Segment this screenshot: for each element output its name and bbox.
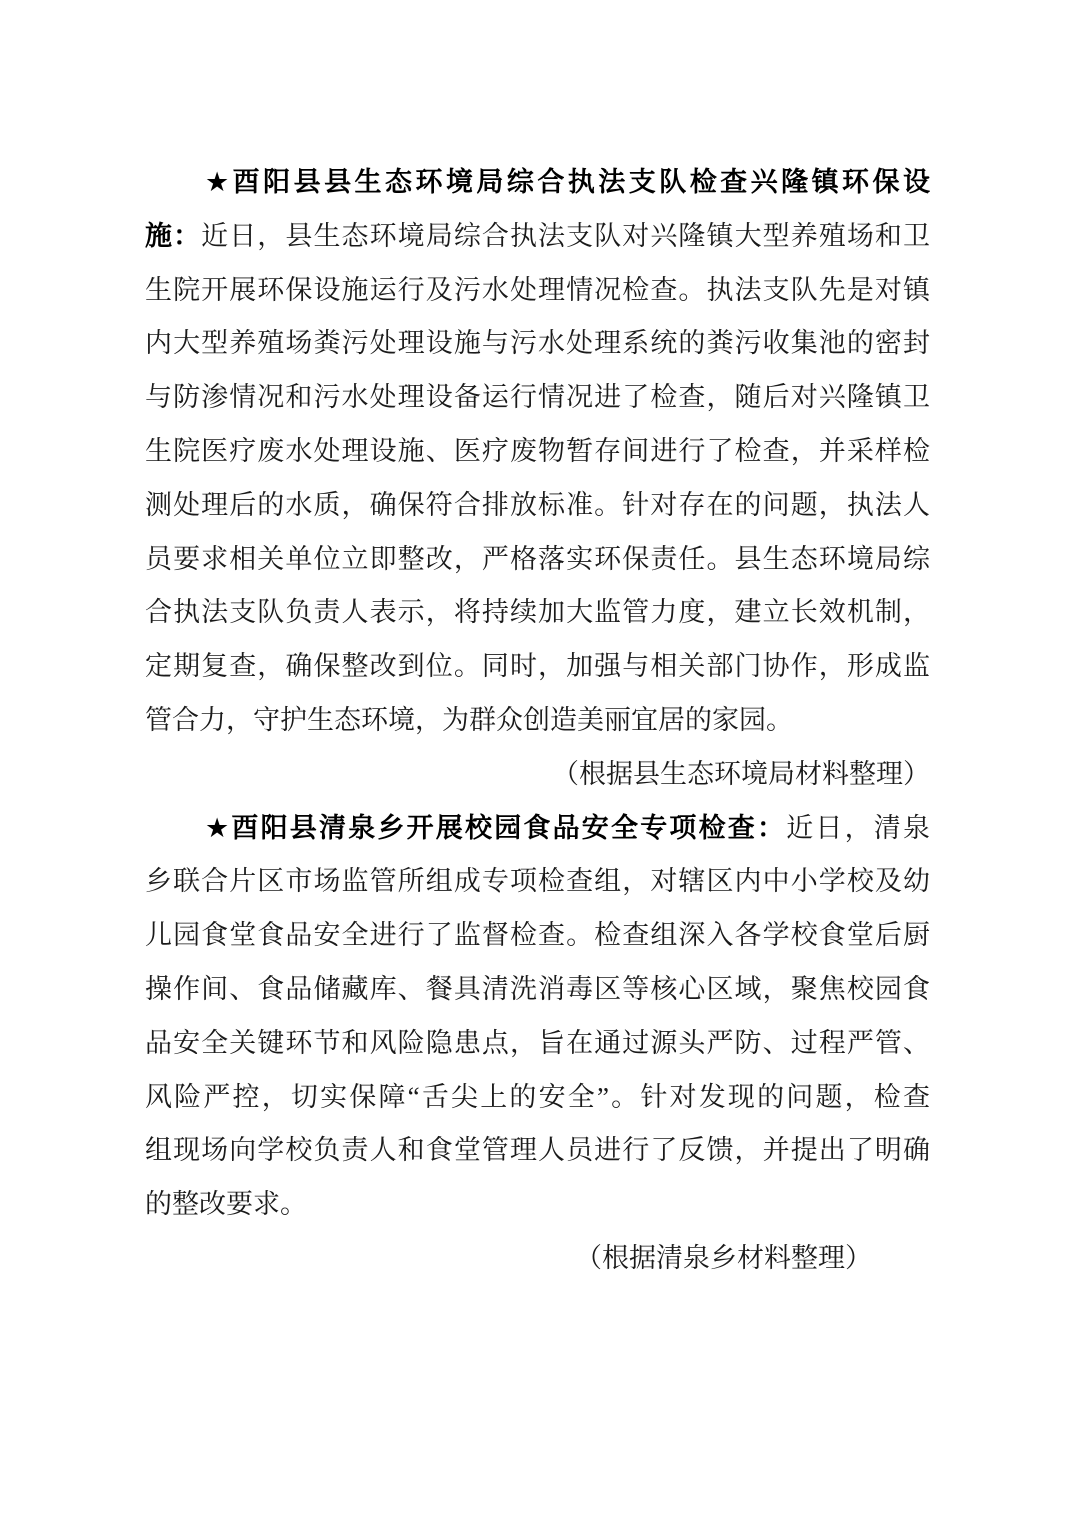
article1-headline-runover: 施：: [145, 221, 201, 251]
article2-last-line: 的整改要求。: [145, 1178, 930, 1232]
article1-body-line: 定期复查，确保整改到位。同时，加强与相关部门协作，形成监: [145, 640, 930, 694]
article1-body-line: 内大型养殖场粪污处理设施与污水处理系统的粪污收集池的密封: [145, 317, 930, 371]
article2-body-line: 儿园食堂食品安全进行了监督检查。检查组深入各学校食堂后厨: [145, 909, 930, 963]
article1-body-line: 合执法支队负责人表示，将持续加大监管力度，建立长效机制，: [145, 586, 930, 640]
document-page: ★酉阳县县生态环境局综合执法支队检查兴隆镇环保设 施：近日，县生态环境局综合执法…: [0, 0, 1075, 1520]
bulletin-text-block: ★酉阳县县生态环境局综合执法支队检查兴隆镇环保设 施：近日，县生态环境局综合执法…: [145, 156, 930, 1286]
article2-body-line: 操作间、食品储藏库、餐具清洗消毒区等核心区域，聚焦校园食: [145, 963, 930, 1017]
article2-body-line: 品安全关键环节和风险隐患点，旨在通过源头严防、过程严管、: [145, 1017, 930, 1071]
article1-lead-line: 施：近日，县生态环境局综合执法支队对兴隆镇大型养殖场和卫: [145, 210, 930, 264]
article1-body-line: 与防渗情况和污水处理设备运行情况进了检查，随后对兴隆镇卫: [145, 371, 930, 425]
article1-attribution: （根据县生态环境局材料整理）: [145, 748, 930, 802]
article1-body-line: 生院开展环保设施运行及污水处理情况检查。执法支队先是对镇: [145, 264, 930, 318]
article2-body-line: 组现场向学校负责人和食堂管理人员进行了反馈，并提出了明确: [145, 1124, 930, 1178]
article1-last-line: 管合力，守护生态环境，为群众创造美丽宜居的家园。: [145, 694, 930, 748]
article2-lead-text: 近日，清泉: [786, 813, 930, 843]
article1-headline-text: ★酉阳县县生态环境局综合执法支队检查兴隆镇环保设: [205, 167, 930, 197]
article2-headline: ★酉阳县清泉乡开展校园食品安全专项检查：近日，清泉: [145, 802, 930, 856]
article1-lead-text: 近日，县生态环境局综合执法支队对兴隆镇大型养殖场和卫: [201, 221, 930, 251]
article2-body-line: 乡联合片区市场监管所组成专项检查组，对辖区内中小学校及幼: [145, 855, 930, 909]
article2-attribution: （根据清泉乡材料整理）: [145, 1232, 930, 1286]
article2-headline-text: ★酉阳县清泉乡开展校园食品安全专项检查：: [205, 813, 786, 843]
article1-headline: ★酉阳县县生态环境局综合执法支队检查兴隆镇环保设: [145, 156, 930, 210]
article1-body-line: 生院医疗废水处理设施、医疗废物暂存间进行了检查，并采样检: [145, 425, 930, 479]
article1-body-line: 员要求相关单位立即整改，严格落实环保责任。县生态环境局综: [145, 533, 930, 587]
article1-body-line: 测处理后的水质，确保符合排放标准。针对存在的问题，执法人: [145, 479, 930, 533]
article2-body-line: 风险严控，切实保障“舌尖上的安全”。针对发现的问题，检查: [145, 1071, 930, 1125]
